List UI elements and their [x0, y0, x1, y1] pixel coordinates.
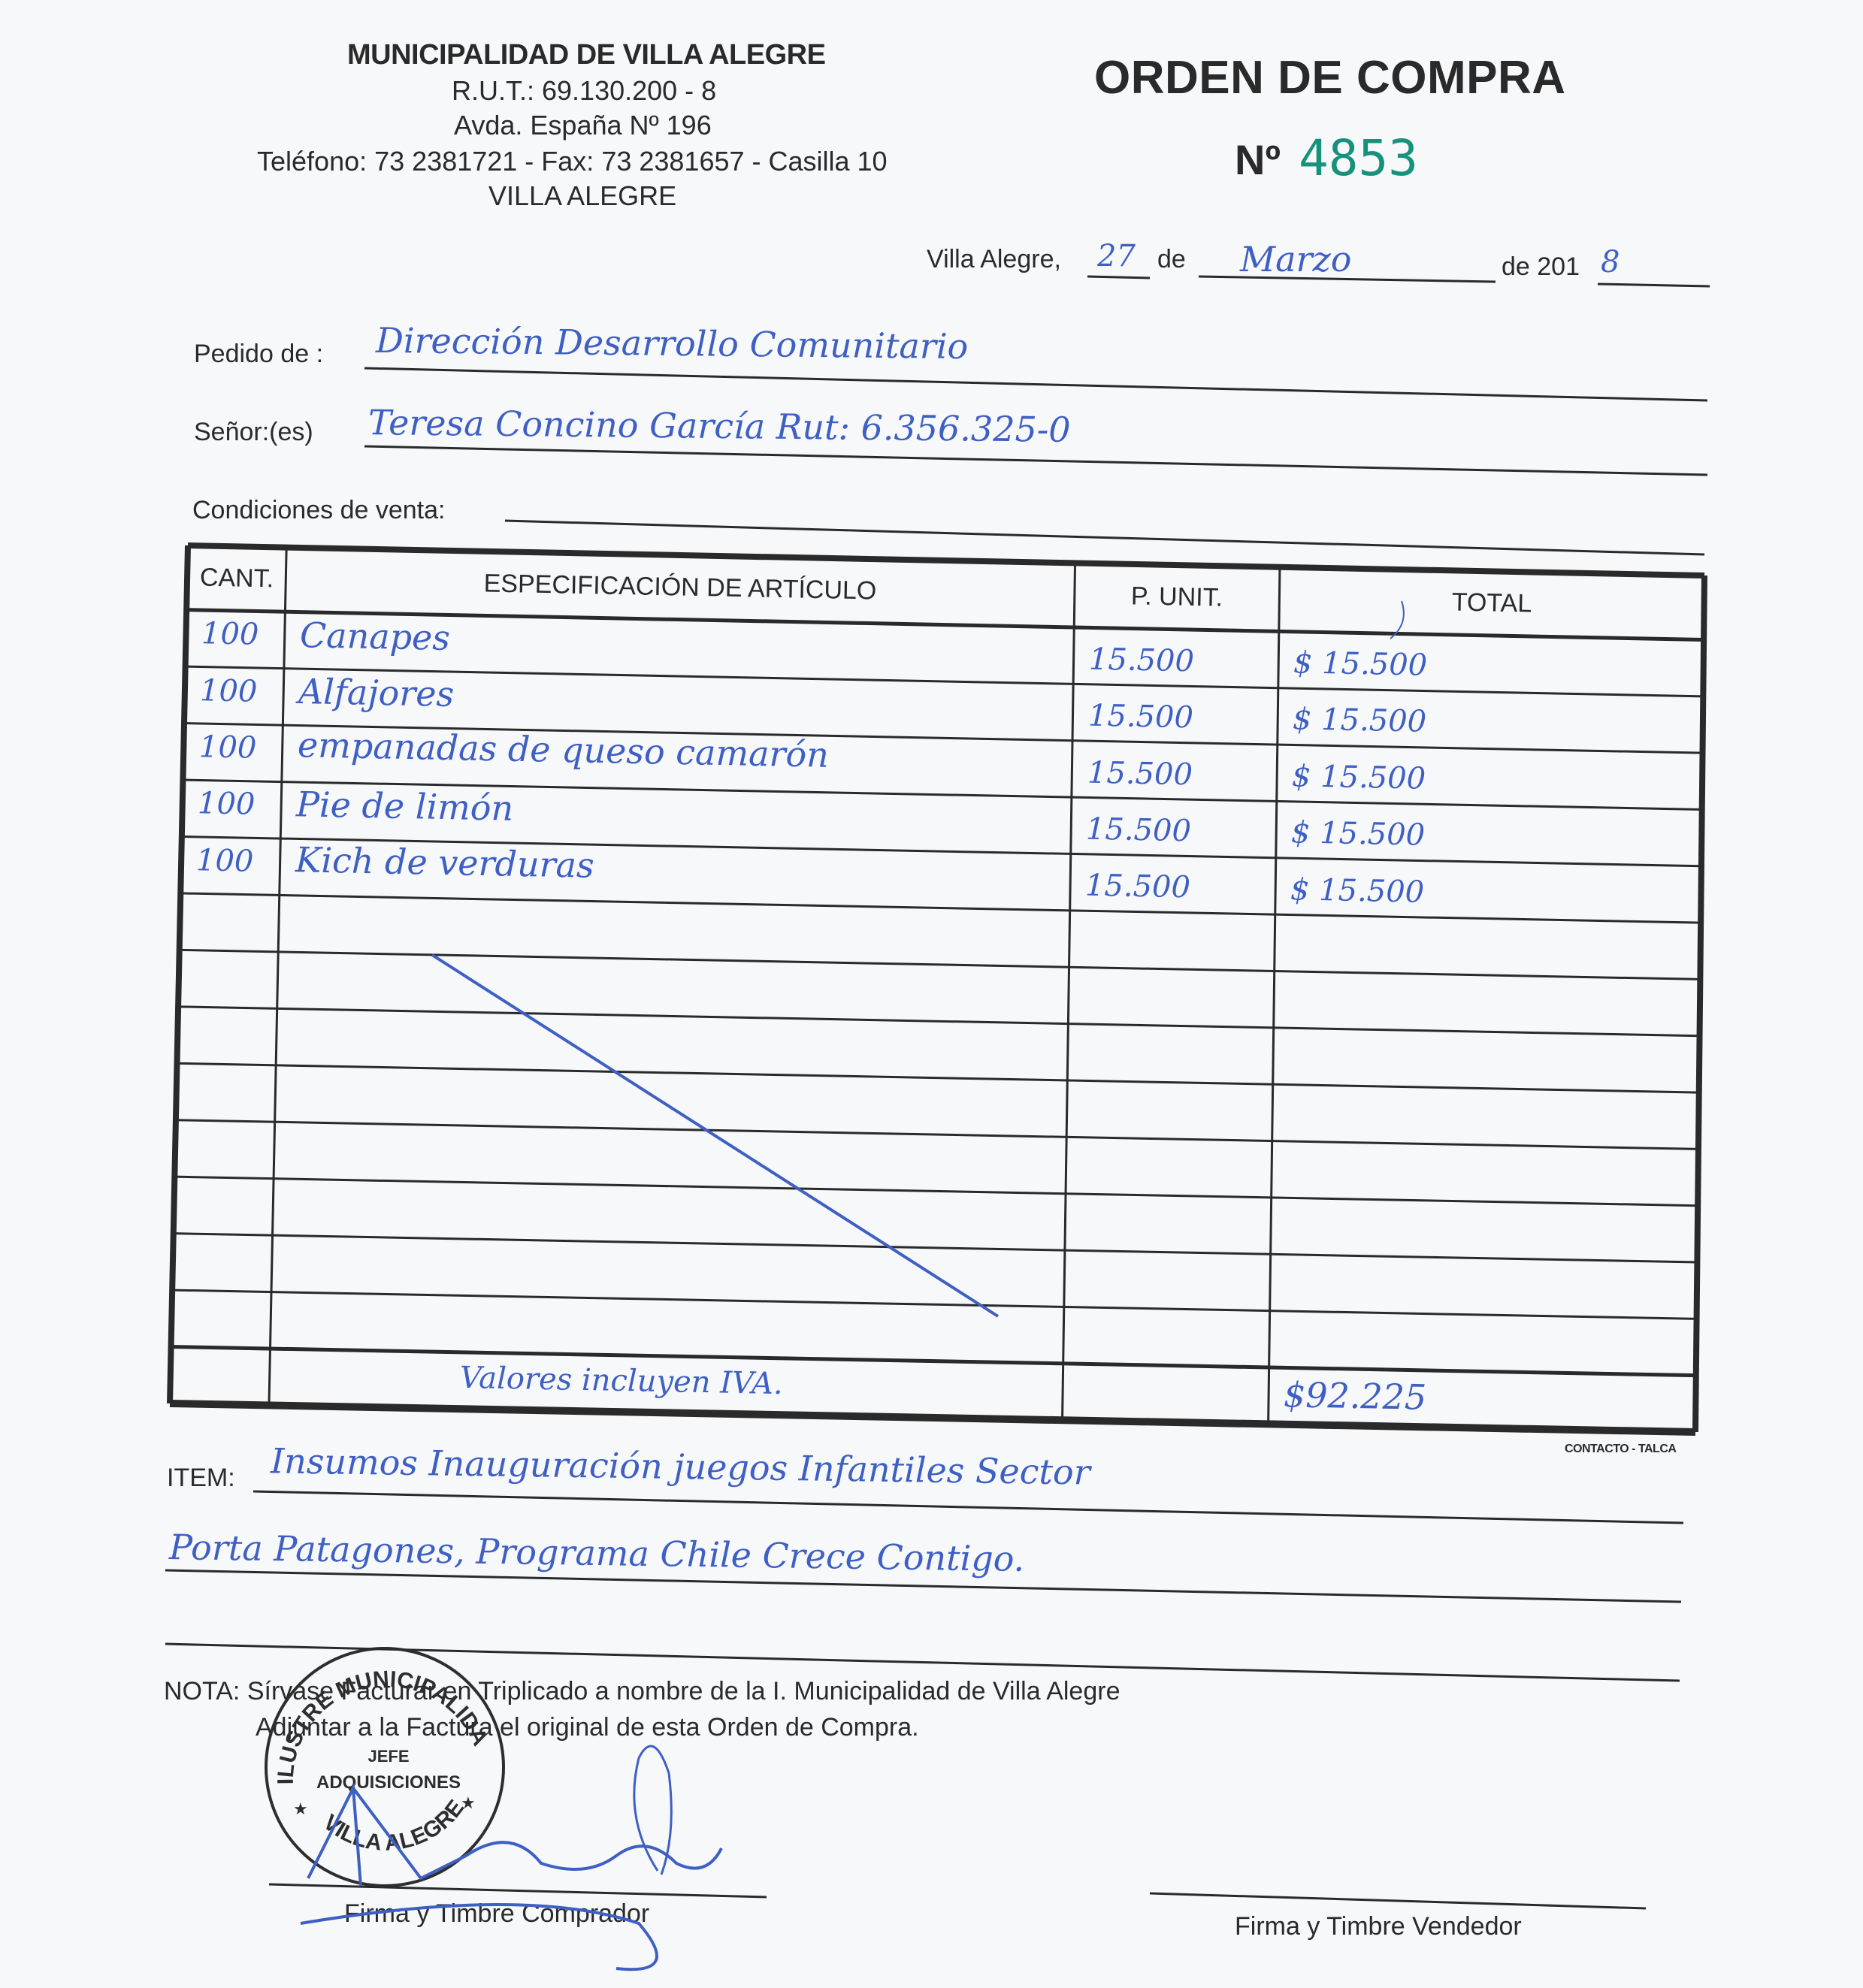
column-header-total: TOTAL — [1451, 588, 1532, 619]
cell-total[interactable]: $ 15.500 — [1293, 702, 1427, 739]
cell-p-unit[interactable]: 15.500 — [1087, 755, 1193, 792]
date-year-digit[interactable]: 8 — [1601, 245, 1620, 279]
cell-articulo[interactable]: empanadas de queso camarón — [297, 724, 829, 775]
footer-note-iva[interactable]: Valores incluyen IVA. — [460, 1360, 784, 1400]
cell-articulo[interactable]: Kich de verduras — [295, 840, 594, 887]
cell-p-unit[interactable]: 15.500 — [1088, 642, 1194, 678]
column-header-especificacion: ESPECIFICACIÓN DE ARTÍCULO — [483, 569, 876, 606]
column-header-p-unit: P. UNIT. — [1131, 582, 1223, 612]
date-de-label: de — [1157, 245, 1186, 274]
cell-total[interactable]: $ 15.500 — [1292, 759, 1426, 796]
seal-star-icon: ★ — [461, 1793, 476, 1812]
order-number-label: Nº — [1235, 135, 1281, 184]
organization-name: MUNICIPALIDAD DE VILLA ALEGRE — [347, 39, 825, 71]
senor-label: Señor:(es) — [194, 418, 313, 447]
cell-cant[interactable]: 100 — [198, 730, 256, 765]
condiciones-label: Condiciones de venta: — [192, 496, 445, 525]
printer-mark: CONTACTO - TALCA — [1565, 1443, 1676, 1456]
organization-contact: Teléfono: 73 2381721 - Fax: 73 2381657 -… — [257, 146, 888, 177]
item-label: ITEM: — [167, 1464, 235, 1493]
date-year-prefix: de 201 — [1502, 252, 1580, 282]
cell-articulo[interactable]: Alfajores — [298, 671, 455, 715]
pedido-value[interactable]: Dirección Desarrollo Comunitario — [376, 320, 969, 367]
seal-bottom-text: VILLA ALEGRE — [319, 1796, 469, 1856]
cell-p-unit[interactable]: 15.500 — [1086, 812, 1192, 849]
buyer-signature-label: Firma y Timbre Comprador — [344, 1899, 649, 1929]
cell-cant[interactable]: 100 — [200, 673, 258, 708]
cell-cant[interactable]: 100 — [201, 616, 259, 651]
municipal-seal-stamp: ILUSTRE MUNICIPALIDAD VILLA ALEGRE JEFE … — [259, 1642, 511, 1893]
grand-total[interactable]: $92.225 — [1284, 1374, 1427, 1418]
svg-text:VILLA ALEGRE: VILLA ALEGRE — [319, 1796, 469, 1856]
cell-cant[interactable]: 100 — [196, 843, 254, 878]
seal-center-line-1: JEFE — [367, 1747, 409, 1766]
cell-articulo[interactable]: Pie de limón — [296, 784, 514, 829]
cell-articulo[interactable]: Canapes — [299, 615, 450, 658]
seal-center-line-2: ADQUISICIONES — [316, 1772, 461, 1793]
date-place-label: Villa Alegre, — [927, 245, 1061, 274]
cell-total[interactable]: $ 15.500 — [1291, 815, 1426, 852]
date-month[interactable]: Marzo — [1240, 239, 1351, 279]
cell-total[interactable]: $ 15.500 — [1293, 645, 1428, 682]
cell-total[interactable]: $ 15.500 — [1290, 872, 1425, 909]
item-line-2[interactable]: Porta Patagones, Programa Chile Crece Co… — [169, 1527, 1025, 1579]
strike-through-line — [432, 955, 998, 1316]
order-number: 4853 — [1299, 129, 1418, 187]
pedido-label: Pedido de : — [194, 340, 323, 369]
cell-cant[interactable]: 100 — [198, 787, 256, 822]
organization-rut: R.U.T.: 69.130.200 - 8 — [452, 75, 716, 107]
seal-star-icon: ★ — [293, 1799, 308, 1818]
seller-signature-label: Firma y Timbre Vendedor — [1235, 1912, 1522, 1941]
cell-p-unit[interactable]: 15.500 — [1085, 869, 1191, 905]
document-title: ORDEN DE COMPRA — [1094, 51, 1566, 104]
date-day[interactable]: 27 — [1097, 239, 1136, 273]
cell-p-unit[interactable]: 15.500 — [1087, 699, 1193, 736]
organization-address: Avda. España Nº 196 — [454, 110, 712, 141]
organization-city: VILLA ALEGRE — [488, 180, 676, 212]
column-header-cant: CANT. — [199, 563, 274, 594]
senor-value[interactable]: Teresa Concino García Rut: 6.356.325-0 — [368, 402, 1071, 450]
item-line-1[interactable]: Insumos Inauguración juegos Infantiles S… — [271, 1440, 1090, 1492]
